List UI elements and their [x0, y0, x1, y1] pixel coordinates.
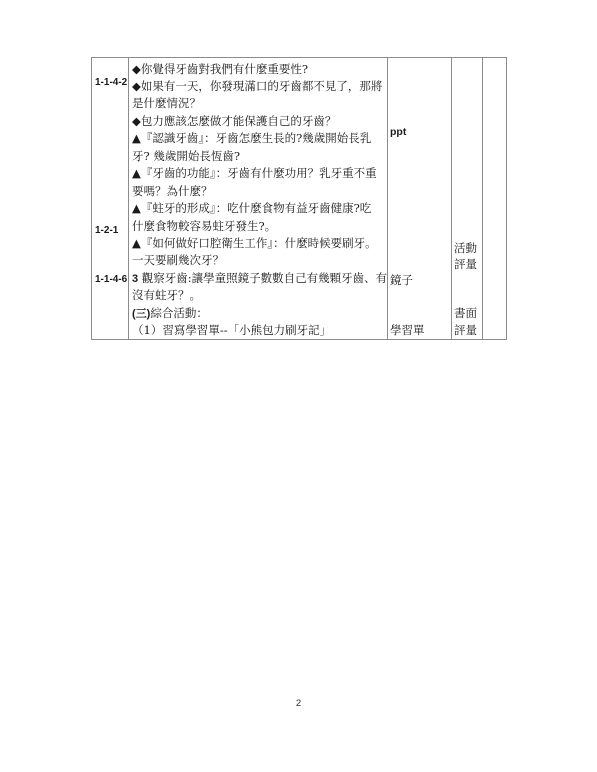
line-text: ◆你覺得牙齒對我們有什麼重要性? [132, 62, 308, 76]
content-line: 要嗎？為什麼？ [132, 183, 387, 200]
content-line: ▲『牙齒的功能』：牙齒有什麼功用？乳牙重不重 [132, 165, 387, 182]
content-line: 沒有蛀牙？。 [132, 287, 387, 304]
content-line: （1）習寫學習單--「小熊包力刷牙記」 [132, 322, 387, 339]
assessment-label: 書面 [454, 307, 477, 320]
assessment-column: 活動 評量 書面 評量 [452, 58, 483, 339]
line-prefix: (三) [132, 308, 150, 320]
assessment-label: 評量 [454, 324, 477, 337]
content-line: (三)綜合活動： [132, 305, 387, 322]
content-line: ◆你覺得牙齒對我們有什麼重要性? [132, 61, 387, 78]
content-line: 3 觀察牙齒:讓學童照鏡子數數自己有幾顆牙齒、有 [132, 270, 387, 287]
line-text: 牙? 幾歲開始長恆齒? [132, 149, 240, 163]
assessment-label: 活動 [454, 242, 477, 255]
line-text: ▲『蛀牙的形成』：吃什麼食物有益牙齒健康?吃 [132, 201, 371, 215]
content-line: ◆包力應該怎麼做才能保護自己的牙齒？ [132, 113, 387, 130]
line-text: 什麼食物較容易蛀牙發生?。 [132, 219, 276, 233]
line-text: ◆如果有一天，你發現滿口的牙齒都不見了，那將 [132, 79, 382, 93]
content-line: ▲『如何做好口腔衛生工作』：什麼時候要刷牙。 [132, 235, 387, 252]
resource-label: 學習單 [390, 324, 425, 337]
teaching-activity-column: ◆你覺得牙齒對我們有什麼重要性? ◆如果有一天，你發現滿口的牙齒都不見了，那將 … [129, 58, 388, 339]
line-text: 沒有蛀牙？。 [132, 288, 201, 302]
content-line: 什麼食物較容易蛀牙發生?。 [132, 218, 387, 235]
content-line: ◆如果有一天，你發現滿口的牙齒都不見了，那將 [132, 78, 387, 95]
assessment-label: 評量 [454, 258, 477, 271]
line-text: （1）習寫學習單--「小熊包力刷牙記」 [132, 323, 331, 337]
content-line: 一天要刷幾次牙？ [132, 252, 387, 269]
line-text: ▲『牙齒的功能』：牙齒有什麼功用？乳牙重不重 [132, 166, 377, 180]
indicator-code: 1-1-4-6 [95, 274, 127, 285]
content-line: 牙? 幾歲開始長恆齒? [132, 148, 387, 165]
empty-column [483, 58, 506, 339]
document-page: 1-1-4-2 1-2-1 1-1-4-6 ◆你覺得牙齒對我們有什麼重要性? ◆… [0, 0, 597, 772]
resource-column: ppt 鏡子 學習單 [388, 58, 452, 339]
line-text: 是什麼情況？ [132, 96, 201, 110]
line-text: 綜合活動： [150, 306, 208, 320]
line-text: 一天要刷幾次牙？ [132, 253, 224, 267]
page-number: 2 [0, 698, 597, 709]
line-text: ▲『認識牙齒』：牙齒怎麼生長的?幾歲開始長乳 [132, 131, 371, 145]
lesson-plan-table: 1-1-4-2 1-2-1 1-1-4-6 ◆你覺得牙齒對我們有什麼重要性? ◆… [91, 57, 507, 340]
indicator-code: 1-2-1 [95, 225, 118, 236]
indicator-code: 1-1-4-2 [95, 77, 127, 88]
line-text: 觀察牙齒:讓學童照鏡子數數自己有幾顆牙齒、有 [138, 271, 387, 285]
content-line: ▲『蛀牙的形成』：吃什麼食物有益牙齒健康?吃 [132, 200, 387, 217]
indicator-code-column: 1-1-4-2 1-2-1 1-1-4-6 [92, 58, 129, 339]
line-text: ▲『如何做好口腔衛生工作』：什麼時候要刷牙。 [132, 236, 377, 250]
resource-label: 鏡子 [390, 274, 413, 287]
content-line: ▲『認識牙齒』：牙齒怎麼生長的?幾歲開始長乳 [132, 130, 387, 147]
content-line: 是什麼情況？ [132, 95, 387, 112]
line-text: 要嗎？為什麼？ [132, 184, 213, 198]
line-text: ◆包力應該怎麼做才能保護自己的牙齒？ [132, 114, 336, 128]
resource-label: ppt [390, 126, 406, 139]
